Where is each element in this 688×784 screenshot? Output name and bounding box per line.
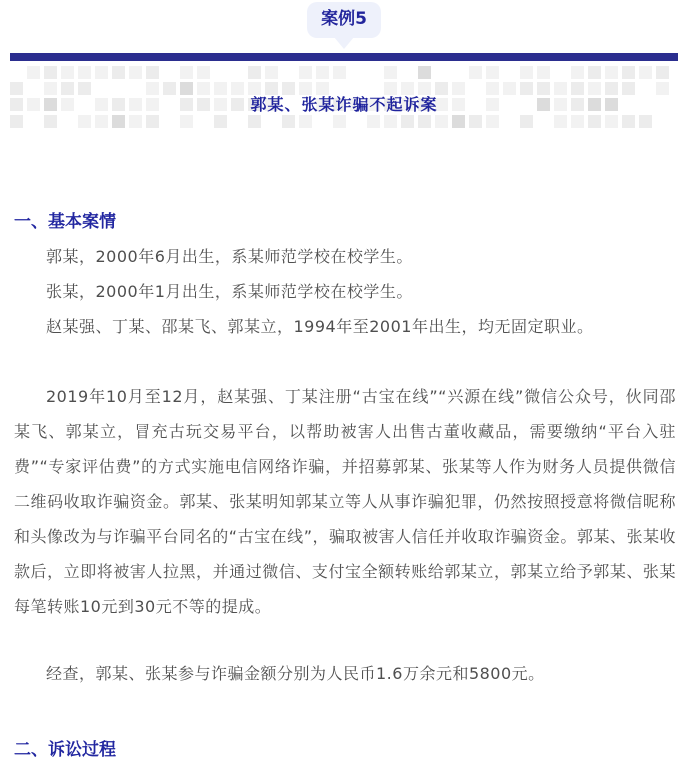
checker-cell <box>435 115 448 128</box>
checker-cell <box>299 115 312 128</box>
checker-cell <box>639 115 652 128</box>
checker-cell <box>78 115 91 128</box>
paragraph-other-defendants: 赵某强、丁某、邵某飞、郭某立，1994年至2001年出生，均无固定职业。 <box>14 309 676 344</box>
checker-cell <box>299 66 312 79</box>
checker-cell <box>452 115 465 128</box>
checker-cell <box>622 66 635 79</box>
checker-cell <box>350 66 363 79</box>
checker-cell <box>537 115 550 128</box>
checker-cell <box>384 66 397 79</box>
checker-cell <box>112 66 125 79</box>
checker-cell <box>503 66 516 79</box>
checker-cell <box>435 66 448 79</box>
accent-divider-bar <box>10 53 678 61</box>
checker-cell <box>418 115 431 128</box>
checker-cell <box>129 66 142 79</box>
checker-cell <box>95 66 108 79</box>
checker-cell <box>180 66 193 79</box>
checker-cell <box>554 115 567 128</box>
checker-cell <box>163 66 176 79</box>
checker-cell <box>10 115 23 128</box>
checker-cell <box>333 66 346 79</box>
checker-cell <box>214 115 227 128</box>
checker-cell <box>486 115 499 128</box>
checker-cell <box>656 66 669 79</box>
checker-cell <box>214 66 227 79</box>
checker-cell <box>112 115 125 128</box>
checker-cell <box>656 115 669 128</box>
checker-cell <box>197 66 210 79</box>
checker-cell <box>469 115 482 128</box>
checker-cell <box>452 66 465 79</box>
checker-cell <box>180 115 193 128</box>
checker-row <box>10 115 678 128</box>
checker-cell <box>367 115 380 128</box>
checker-cell <box>622 115 635 128</box>
checker-cell <box>350 115 363 128</box>
checker-cell <box>571 115 584 128</box>
checker-cell <box>316 66 329 79</box>
checker-cell <box>537 66 550 79</box>
checker-cell <box>231 66 244 79</box>
checker-cell <box>265 115 278 128</box>
checker-cell <box>27 115 40 128</box>
checker-cell <box>248 66 261 79</box>
checker-cell <box>95 115 108 128</box>
checker-cell <box>418 66 431 79</box>
checker-cell <box>333 115 346 128</box>
document-body: 一、基本案情 郭某，2000年6月出生，系某师范学校在校学生。 张某，2000年… <box>0 210 688 762</box>
checker-row <box>10 66 678 79</box>
checker-cell <box>639 66 652 79</box>
checker-cell <box>44 115 57 128</box>
section-heading-basic-facts: 一、基本案情 <box>14 210 676 234</box>
checker-cell <box>367 66 380 79</box>
checker-cell <box>129 115 142 128</box>
checker-cell <box>10 66 23 79</box>
checker-cell <box>146 66 159 79</box>
checker-cell <box>316 115 329 128</box>
checker-cell <box>61 66 74 79</box>
checker-cell <box>571 66 584 79</box>
checker-cell <box>503 115 516 128</box>
checker-cell <box>588 115 601 128</box>
document-title: 郭某、张某诈骗不起诉案 <box>0 92 688 115</box>
checker-cell <box>146 115 159 128</box>
checker-cell <box>163 115 176 128</box>
checker-cell <box>486 66 499 79</box>
checker-cell <box>248 115 261 128</box>
checker-cell <box>469 66 482 79</box>
checker-cell <box>401 115 414 128</box>
checker-cell <box>520 115 533 128</box>
checker-cell <box>384 115 397 128</box>
document-header: 案例5 郭某、张某诈骗不起诉案 <box>0 0 688 132</box>
case-number-badge: 案例5 <box>307 2 381 38</box>
checker-cell <box>197 115 210 128</box>
checker-cell <box>78 66 91 79</box>
checker-cell <box>282 66 295 79</box>
checker-cell <box>231 115 244 128</box>
paragraph-defendant-zhang: 张某，2000年1月出生，系某师范学校在校学生。 <box>14 274 676 309</box>
checker-cell <box>282 115 295 128</box>
section-heading-litigation-process: 二、诉讼过程 <box>14 738 676 762</box>
checker-cell <box>605 115 618 128</box>
paragraph-case-details: 2019年10月至12月，赵某强、丁某注册“古宝在线”“兴源在线”微信公众号，伙… <box>14 379 676 624</box>
case-document-page: 案例5 郭某、张某诈骗不起诉案 一、基本案情 郭某，2000年6月出生，系某师范… <box>0 0 688 784</box>
case-badge-container: 案例5 <box>0 2 688 38</box>
checker-cell <box>401 66 414 79</box>
checker-cell <box>588 66 601 79</box>
checker-cell <box>605 66 618 79</box>
paragraph-defendant-guo: 郭某，2000年6月出生，系某师范学校在校学生。 <box>14 239 676 274</box>
case-number-label: 案例5 <box>321 9 367 29</box>
checker-cell <box>44 66 57 79</box>
checker-cell <box>554 66 567 79</box>
badge-tail-pointer <box>334 37 354 49</box>
checker-cell <box>27 66 40 79</box>
paragraph-fraud-amounts: 经查，郭某、张某参与诈骗金额分别为人民币1.6万余元和5800元。 <box>14 656 676 691</box>
checker-cell <box>265 66 278 79</box>
checker-cell <box>520 66 533 79</box>
checker-cell <box>61 115 74 128</box>
